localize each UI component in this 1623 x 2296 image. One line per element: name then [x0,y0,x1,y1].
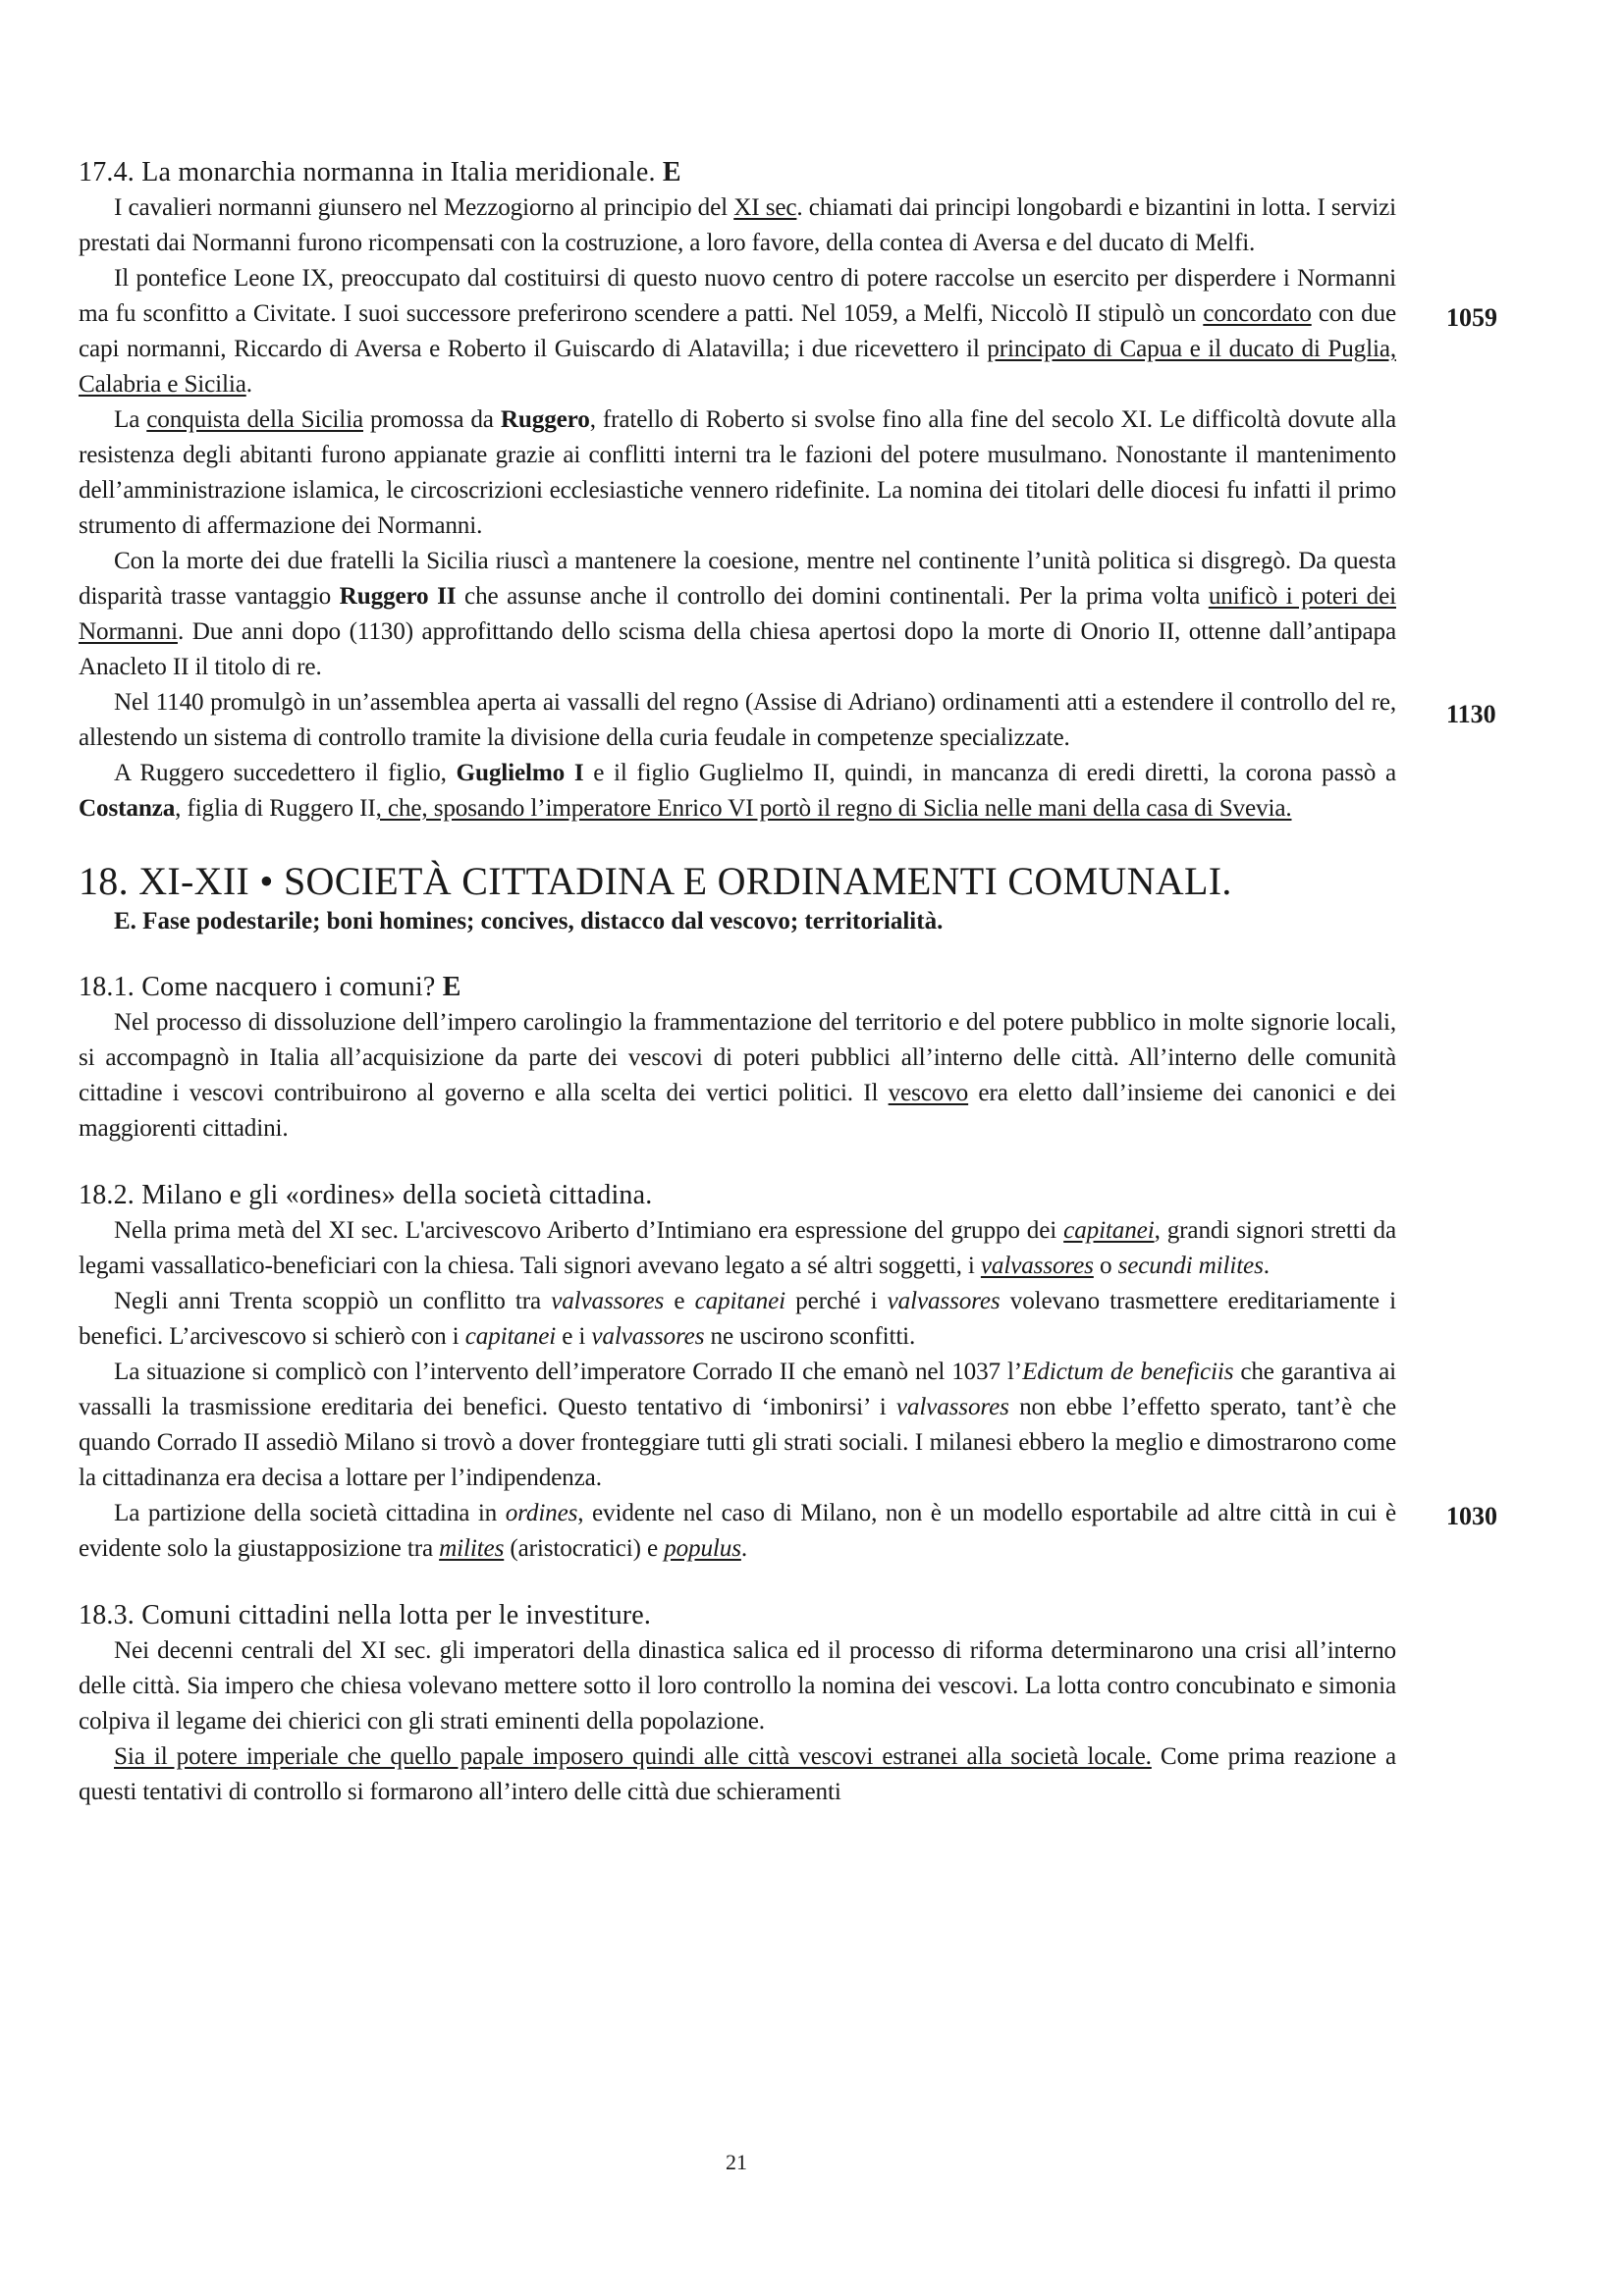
chapter-18: 18. XI-XII • SOCIETÀ CITTADINA E ORDINAM… [79,858,1396,938]
paragraph: La partizione della società cittadina in… [79,1496,1396,1567]
underlined-text: milites [439,1535,504,1562]
text-run: A Ruggero succedettero il figlio, [114,760,457,786]
italic-term: ordines [506,1500,578,1526]
document-page: 17.4. La monarchia normanna in Italia me… [79,155,1396,1810]
section-18-1: 18.1. Come nacquero i comuni? E Nel proc… [79,970,1396,1147]
underlined-text: conquista della Sicilia [146,406,363,433]
italic-term: capitanei [695,1288,785,1314]
page-number: 21 [0,2150,1473,2175]
spacer [79,827,1396,858]
text-run: perché i [785,1288,888,1314]
paragraph: A Ruggero succedettero il figlio, Guglie… [79,756,1396,827]
paragraph: Negli anni Trenta scoppiò un conflitto t… [79,1284,1396,1355]
exam-marker: E [663,157,681,187]
paragraph: La situazione si complicò con l’interven… [79,1355,1396,1496]
paragraph: Con la morte dei due fratelli la Sicilia… [79,544,1396,685]
italic-term: valvassores [888,1288,1001,1314]
underlined-text: concordato [1203,300,1311,327]
text-run: promossa da [363,406,501,433]
bold-term: Ruggero [501,406,590,433]
underlined-text: valvassores [981,1253,1094,1279]
section-body: I cavalieri normanni giunsero nel Mezzog… [79,190,1396,827]
underlined-text: capitanei [1063,1217,1154,1244]
text-run: e il figlio Guglielmo II, quindi, in man… [584,760,1397,786]
paragraph: Nei decenni centrali del XI sec. gli imp… [79,1633,1396,1739]
text-run: . [246,371,252,398]
underlined-text: Sia il potere imperiale che quello papal… [114,1743,1152,1770]
section-body: Nel processo di dissoluzione dell’impero… [79,1005,1396,1147]
paragraph: La conquista della Sicilia promossa da R… [79,402,1396,544]
bold-term: Guglielmo I [457,760,584,786]
section-body: Nella prima metà del XI sec. L'arcivesco… [79,1213,1396,1567]
section-17-4: 17.4. La monarchia normanna in Italia me… [79,155,1396,827]
section-heading-text: 17.4. La monarchia normanna in Italia me… [79,157,656,187]
chapter-heading: 18. XI-XII • SOCIETÀ CITTADINA E ORDINAM… [79,858,1396,905]
text-run: che assunse anche il controllo dei domin… [456,583,1208,610]
text-run: Nella prima metà del XI sec. L'arcivesco… [114,1217,1063,1244]
text-run: o [1094,1253,1118,1279]
text-run: La [114,406,146,433]
text-run: (aristocratici) e [504,1535,664,1562]
margin-date: 1130 [1446,700,1496,729]
underlined-text: vescovo [889,1080,969,1106]
italic-term: valvassores [551,1288,664,1314]
paragraph: Nel 1140 promulgò in un’assemblea aperta… [79,685,1396,756]
text-run: La partizione della società cittadina in [114,1500,506,1526]
italic-term: valvassores [896,1394,1009,1420]
text-run: e [664,1288,694,1314]
text-run: Nei decenni centrali del XI sec. gli imp… [79,1637,1396,1735]
section-heading: 18.1. Come nacquero i comuni? E [79,970,1396,1005]
italic-term: Edictum de beneficiis [1022,1359,1233,1385]
text-run: e i [556,1323,591,1350]
text-run: Nel 1140 promulgò in un’assemblea aperta… [79,689,1396,751]
text-run: , figlia di Ruggero II [175,795,375,822]
section-heading: 18.2. Milano e gli «ordines» della socie… [79,1178,1396,1213]
italic-term: secundi milites [1118,1253,1264,1279]
section-heading-text: 18.1. Come nacquero i comuni? [79,972,435,1002]
text-run: ne uscirono sconfitti. [704,1323,915,1350]
text-run: . [1264,1253,1270,1279]
paragraph: I cavalieri normanni giunsero nel Mezzog… [79,190,1396,261]
exam-marker: E [443,972,461,1002]
paragraph: Il pontefice Leone IX, preoccupato dal c… [79,261,1396,402]
bold-term: Ruggero II [340,583,457,610]
text-run: . [741,1535,747,1562]
paragraph: Nella prima metà del XI sec. L'arcivesco… [79,1213,1396,1284]
margin-date: 1059 [1446,303,1497,333]
section-18-3: 18.3. Comuni cittadini nella lotta per l… [79,1598,1396,1810]
spacer [79,938,1396,970]
text-run: La situazione si complicò con l’interven… [114,1359,1022,1385]
spacer [79,1147,1396,1178]
text-run: Il pontefice Leone IX, preoccupato dal c… [79,265,1396,327]
text-run: Negli anni Trenta scoppiò un conflitto t… [114,1288,551,1314]
underlined-text: populus [664,1535,741,1562]
chapter-subtitle: E. Fase podestarile; boni homines; conci… [114,905,1396,938]
spacer [79,1567,1396,1598]
paragraph: Sia il potere imperiale che quello papal… [79,1739,1396,1810]
margin-date: 1030 [1446,1502,1497,1531]
italic-term: valvassores [591,1323,704,1350]
text-run: I cavalieri normanni giunsero nel Mezzog… [114,194,733,221]
bold-term: Costanza [79,795,175,822]
italic-term: capitanei [465,1323,556,1350]
underlined-text: , che, sposando l’imperatore Enrico VI p… [376,795,1292,822]
section-heading: 17.4. La monarchia normanna in Italia me… [79,155,1396,190]
section-heading: 18.3. Comuni cittadini nella lotta per l… [79,1598,1396,1633]
section-18-2: 18.2. Milano e gli «ordines» della socie… [79,1178,1396,1567]
text-run: . Due anni dopo (1130) approfittando del… [79,618,1396,680]
paragraph: Nel processo di dissoluzione dell’impero… [79,1005,1396,1147]
section-body: Nei decenni centrali del XI sec. gli imp… [79,1633,1396,1810]
underlined-text: XI sec [733,194,796,221]
